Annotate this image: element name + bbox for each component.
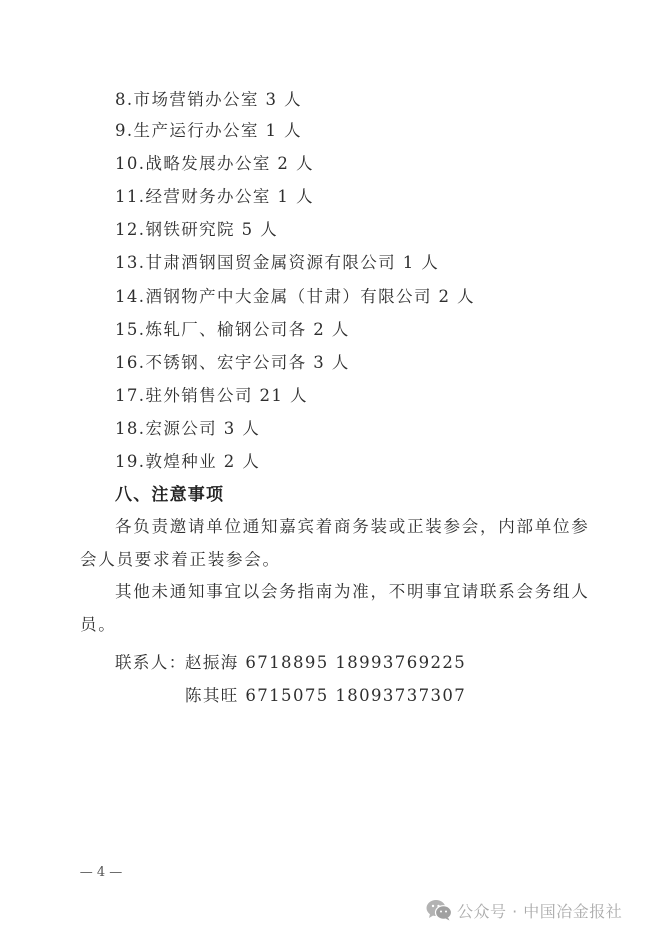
contact-office-phone: 6718895 <box>245 653 328 672</box>
wechat-icon <box>426 899 452 921</box>
item-text: 炼轧厂、榆钢公司各 2 人 <box>145 320 349 339</box>
list-item: 13.甘肃酒钢国贸金属资源有限公司 1 人 <box>115 252 439 274</box>
item-text: 酒钢物产中大金属（甘肃）有限公司 2 人 <box>145 287 475 306</box>
paragraph-line: 会人员要求着正装参会。 <box>80 549 281 571</box>
list-item: 18.宏源公司 3 人 <box>115 418 260 440</box>
item-number: 19. <box>115 452 145 471</box>
item-text: 宏源公司 3 人 <box>145 419 260 438</box>
contact-mobile: 18093737307 <box>335 686 466 705</box>
paragraph-line: 各负责邀请单位通知嘉宾着商务装或正装参会，内部单位参 <box>115 516 590 538</box>
item-text: 驻外销售公司 21 人 <box>145 386 307 405</box>
item-text: 敦煌种业 2 人 <box>145 452 260 471</box>
page-number: — 4 — <box>62 865 140 880</box>
paragraph-line: 员。 <box>80 614 117 636</box>
paragraph-line: 其他未通知事宜以会务指南为准，不明事宜请联系会务组人 <box>115 581 590 603</box>
contact-row: 赵振海 6718895 18993769225 <box>185 652 466 674</box>
contact-label: 联系人： <box>115 652 187 674</box>
document-page: 8.市场营销办公室 3 人 9.生产运行办公室 1 人 10.战略发展办公室 2… <box>0 0 660 933</box>
item-number: 10. <box>115 154 145 173</box>
list-item: 14.酒钢物产中大金属（甘肃）有限公司 2 人 <box>115 286 475 308</box>
list-item: 11.经营财务办公室 1 人 <box>115 186 314 208</box>
item-text: 经营财务办公室 1 人 <box>145 187 313 206</box>
item-text: 战略发展办公室 2 人 <box>145 154 313 173</box>
item-number: 17. <box>115 386 145 405</box>
watermark-text: 公众号 · 中国冶金报社 <box>457 899 622 922</box>
list-item: 12.钢铁研究院 5 人 <box>115 219 278 241</box>
item-number: 12. <box>115 220 145 239</box>
contact-name: 陈其旺 <box>185 686 239 705</box>
contact-mobile: 18993769225 <box>335 653 466 672</box>
list-item: 9.生产运行办公室 1 人 <box>115 120 302 142</box>
item-number: 18. <box>115 419 145 438</box>
item-number: 16. <box>115 353 145 372</box>
item-number: 11. <box>115 187 145 206</box>
section-heading: 八、注意事项 <box>115 484 224 506</box>
list-item: 16.不锈钢、宏宇公司各 3 人 <box>115 352 350 374</box>
item-text: 钢铁研究院 5 人 <box>145 220 278 239</box>
item-text: 甘肃酒钢国贸金属资源有限公司 1 人 <box>145 253 439 272</box>
list-item: 8.市场营销办公室 3 人 <box>115 89 302 111</box>
item-text: 市场营销办公室 3 人 <box>134 90 302 109</box>
contact-row: 陈其旺 6715075 18093737307 <box>185 685 466 707</box>
watermark: 公众号 · 中国冶金报社 <box>426 897 622 923</box>
contact-office-phone: 6715075 <box>245 686 328 705</box>
list-item: 15.炼轧厂、榆钢公司各 2 人 <box>115 319 350 341</box>
item-number: 13. <box>115 253 145 272</box>
list-item: 17.驻外销售公司 21 人 <box>115 385 308 407</box>
contact-name: 赵振海 <box>185 653 239 672</box>
item-number: 15. <box>115 320 145 339</box>
item-number: 8. <box>115 90 134 109</box>
list-item: 19.敦煌种业 2 人 <box>115 451 260 473</box>
item-number: 9. <box>115 121 134 140</box>
list-item: 10.战略发展办公室 2 人 <box>115 153 314 175</box>
item-text: 生产运行办公室 1 人 <box>134 121 302 140</box>
item-number: 14. <box>115 287 145 306</box>
item-text: 不锈钢、宏宇公司各 3 人 <box>145 353 349 372</box>
